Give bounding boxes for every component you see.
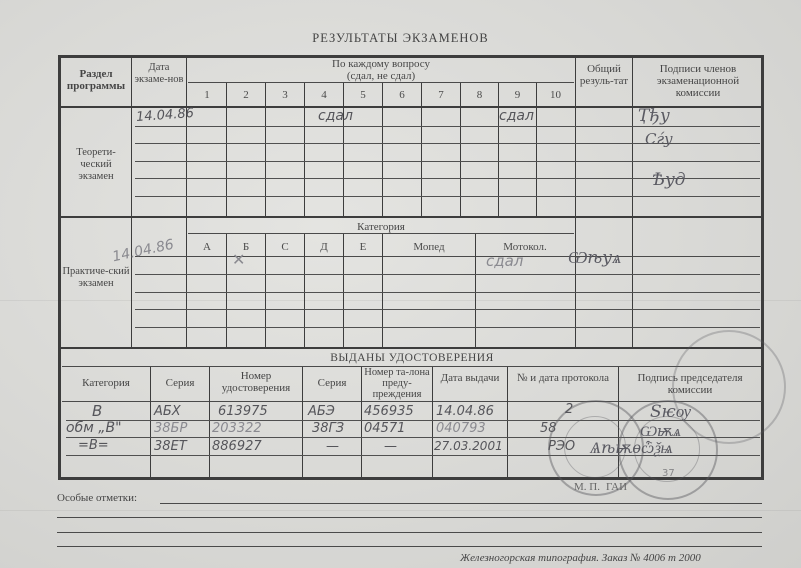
theory-signature-3: Ѣуд (652, 170, 686, 190)
special-notes-line-4 (57, 546, 762, 547)
issued-col-coupon-number: Номер та-лона преду-преждения (362, 367, 432, 400)
issued-row3-series: 38ЕТ (154, 439, 187, 454)
issued-row2-category: обм „В" (66, 420, 122, 436)
theory-signature-2: Сѓу (645, 130, 673, 148)
practical-exam-label: Практиче-ский экзамен (62, 266, 130, 290)
practical-exam-mark: сдал (486, 252, 523, 270)
issued-row2-coupon-series: 38ГЗ (312, 421, 344, 436)
special-notes-line-2 (57, 517, 762, 518)
theory-q4-5-mark: сдал (318, 108, 353, 124)
issued-row1-coupon-series: АБЭ (308, 404, 335, 419)
issued-col-issue-date: Дата выдачи (433, 372, 507, 384)
printer-line: Железногорская типография. Заказ № 4006 … (460, 552, 701, 564)
issued-row2-coupon-no: 04571 (364, 421, 405, 436)
question-number: 3 (266, 89, 304, 101)
issued-row3-coupon-no: — (384, 439, 397, 454)
header-date: Дата экзаме-нов (133, 62, 185, 86)
issued-row1-license-no: 613975 (218, 404, 268, 419)
theory-q9-mark: сдал (499, 108, 534, 124)
header-overall: Общий резуль-тат (577, 63, 631, 87)
category-moped: Мопед (383, 241, 475, 253)
header-per-question-sub: (сдал, не сдал) (188, 70, 574, 82)
issued-col-category: Категория (62, 377, 150, 389)
special-notes-label: Особые отметки: (57, 492, 137, 504)
issued-row1-coupon-no: 456935 (364, 404, 414, 419)
issued-row2-license-no: 203322 (212, 421, 262, 436)
question-number: 1 (188, 89, 226, 101)
issued-col-coupon-series: Серия (303, 377, 361, 389)
header-signatures: Подписи членов экзаменационной комиссии (636, 63, 760, 99)
issued-row3-category: =В= (78, 438, 109, 453)
issued-row1-category: В (92, 402, 102, 420)
document-title: РЕЗУЛЬТАТЫ ЭКЗАМЕНОВ (0, 31, 801, 46)
issued-row2-issue-date: 040793 (436, 421, 486, 436)
category-c: С (266, 241, 304, 253)
issued-row1-series: АБХ (154, 404, 181, 419)
header-per-question: По каждому вопросу (188, 58, 574, 70)
special-notes-line-1 (160, 503, 762, 504)
question-number: 6 (383, 89, 421, 101)
theory-exam-label: Теорети-ческий экзамен (62, 147, 130, 183)
table-left-border (58, 55, 61, 480)
stamp-org: ГАИ (606, 481, 627, 493)
document-page: РЕЗУЛЬТАТЫ ЭКЗАМЕНОВ Раздел программы Да… (0, 0, 801, 568)
header-section: Раздел программы (62, 68, 130, 92)
special-notes-line-3 (57, 532, 762, 533)
category-e: Е (344, 241, 382, 253)
issued-col-series: Серия (151, 377, 209, 389)
category-header: Категория (188, 221, 574, 233)
issued-row3-coupon-series: — (326, 439, 339, 454)
official-stamp-3 (672, 330, 786, 444)
question-number: 7 (422, 89, 460, 101)
category-b-mark: ✕ (232, 250, 245, 269)
practical-exam-date: 14.04.86 (111, 237, 175, 266)
question-number: 2 (227, 89, 265, 101)
issued-col-license-number: Номер удостоверения (210, 370, 302, 394)
issued-row1-issue-date: 14.04.86 (436, 404, 494, 419)
question-number: 5 (344, 89, 382, 101)
practical-signature: Ѡѣуѧ (568, 248, 621, 268)
issued-col-protocol: № и дата протокола (508, 372, 618, 384)
category-a: А (188, 241, 226, 253)
category-d: Д (305, 241, 343, 253)
question-number: 9 (499, 89, 536, 101)
stamp-place-mark: М. П. (574, 481, 600, 493)
question-number: 4 (305, 89, 343, 101)
question-number: 8 (461, 89, 498, 101)
issued-title: ВЫДАНЫ УДОСТОВЕРЕНИЯ (62, 352, 762, 364)
issued-row3-issue-date: 27.03.2001 (434, 439, 503, 453)
issued-row2-series: 38БР (154, 421, 187, 436)
question-number: 10 (537, 89, 574, 101)
issued-row3-license-no: 886927 (212, 439, 262, 454)
theory-signature-1: Ҭђу (638, 106, 670, 126)
